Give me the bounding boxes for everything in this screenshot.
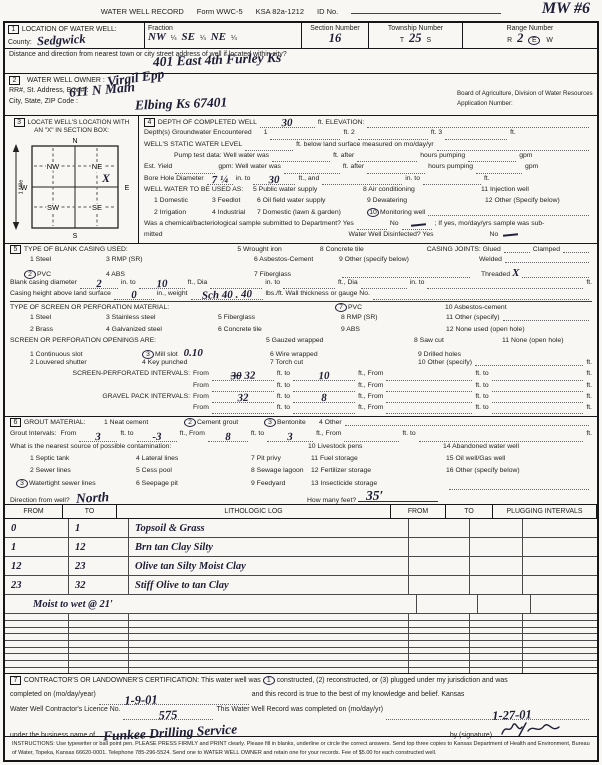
groundwater-1-blank (270, 133, 340, 140)
casing-row-1: 5TYPE OF BLANK CASING USED: 5 Wrought ir… (10, 245, 592, 256)
fraction-2-value: SE (181, 32, 194, 43)
sample-no-blank (402, 223, 432, 230)
screen-pvc-label: PVC (348, 304, 362, 311)
option-label: 1 Continuous slot (30, 351, 142, 358)
ft-to-label: ft. to (251, 430, 264, 437)
pvc-label: PVC (37, 271, 51, 278)
mill-slot-size-value: 0.10 (184, 347, 203, 359)
option-label: 11 Other (specify) (446, 314, 500, 321)
quadrant-se-label: SE (91, 203, 101, 212)
direction-cell: Direction from well? North (10, 491, 307, 505)
litho-description-value: Brn tan Clay Silty (135, 542, 213, 553)
option-label: 8 Concrete tile (320, 246, 427, 253)
casing-diameter-label: Blank casing diameter (10, 279, 77, 286)
compass-north-label: N (72, 138, 77, 145)
yield-gpm-blank (476, 167, 522, 174)
mile-label: 1 Mile (18, 180, 24, 195)
use-row-2: 1 Domestic 3 Feedlot 6 Oil field water s… (144, 197, 592, 208)
sample-yes-blank (357, 223, 387, 230)
in-to-label: in. to (405, 175, 420, 182)
interval-blank (293, 385, 355, 392)
casing-height-value: 0 (131, 290, 137, 301)
ft-to-label: ft. to (475, 370, 488, 377)
litho-description-value: Topsoil & Grass (135, 523, 205, 534)
option-label: 9 ABS (341, 326, 446, 333)
static-level-line: WELL'S STATIC WATER LEVEL ft. below land… (144, 141, 592, 152)
township-cell: Township Number T25S (369, 23, 463, 48)
openings-other-cell: 10 Other (specify)ft. (418, 359, 592, 367)
mile-arrow-down (12, 222, 18, 230)
pvc-circled-number: 2 (24, 270, 36, 279)
in-to-label: in. to (410, 279, 425, 286)
section-1-location: 1LOCATION OF WATER WELL: County:Sedgwick… (5, 23, 597, 49)
clamped-blank (563, 246, 589, 253)
section-3-title-2: AN "X" IN SECTION BOX: (5, 127, 138, 134)
groundwater-label: Depth(s) Groundwater Encountered (144, 129, 252, 136)
completed-date-blank: 1-9-01 (99, 698, 249, 705)
option-label: 9 Other (specify below) (339, 256, 479, 263)
ft-label: ft. (586, 430, 592, 437)
quadrant-ne-label: NE (91, 162, 101, 171)
ft-to-label: ft. to (402, 430, 415, 437)
interval-blank (492, 407, 584, 414)
clamped-label: Clamped (533, 246, 560, 253)
lithologic-row (5, 634, 597, 641)
township-value: 25 (409, 32, 422, 45)
lithologic-row (5, 614, 597, 621)
screen-interval-line-1: SCREEN-PERFORATED INTERVALS: From 30 32 … (10, 370, 592, 381)
ft-label: ft. (586, 279, 592, 286)
column-header: FROM (391, 505, 446, 518)
grout-to-2-blank: 3 (267, 435, 313, 442)
contamination-label: What is the nearest source of possible c… (10, 443, 308, 450)
litho-to-value: 32 (75, 580, 86, 591)
bore-diameter-value: 7 ¼ (211, 174, 228, 186)
screen-from-2-blank (386, 374, 472, 381)
litho-to-value: 1 (75, 523, 80, 534)
ft-label: ft. (586, 382, 592, 389)
form-number: Form WWC-5 (197, 7, 243, 16)
interval-blank (419, 435, 584, 442)
gpm-label: gpm (525, 163, 538, 170)
ft-label: ft. (586, 393, 592, 400)
yield-blank (175, 167, 215, 174)
disinfected-line: mitted Water Well Disinfected? Yes No (144, 231, 592, 242)
section-5-number: 5 (10, 245, 21, 254)
ft-to-label: ft. to (475, 393, 488, 400)
ft-from-label: ft., From (358, 393, 383, 400)
agency-name: Board of Agriculture, Division of Water … (457, 89, 593, 99)
gpm-label: gpm (519, 152, 532, 159)
option-label: 1 Domestic (154, 197, 212, 204)
from-label: From (60, 430, 76, 437)
welded-label: Welded (479, 256, 502, 263)
grout-other-blank (345, 419, 589, 426)
casing-joints-cell: CASING JOINTS: Glued Clamped (427, 246, 592, 254)
lithologic-row: 01Topsoil & Grass (5, 519, 597, 538)
option-label: 4 ABS (106, 271, 254, 278)
range-r: R (507, 37, 512, 44)
casing-height-label: Casing height above land surface (10, 290, 111, 297)
screen-intervals-label: SCREEN-PERFORATED INTERVALS: (10, 370, 193, 377)
option-label: 8 Air conditioning (363, 186, 481, 193)
hours-pumping-label: hours pumping (428, 163, 473, 170)
option-label: 10 Livestock pens (308, 443, 443, 450)
gravel-to-value: 8 (321, 393, 327, 404)
water-well-record-sheet: WATER WELL RECORD Form WWC-5 KSA 82a-121… (0, 0, 602, 765)
completed-on-label: completed on (mo/day/year) (10, 691, 96, 698)
ft-from-label: ft., From (316, 430, 341, 437)
township-s: S (427, 37, 432, 44)
option-label: 7 Torch cut (270, 359, 418, 366)
after-label: ft. after (343, 163, 364, 170)
section-number-cell: Section Number 16 (302, 23, 369, 48)
option-label: 8 RMP (SR) (341, 314, 446, 321)
screen-pvc-circled-number: 7 (335, 303, 347, 312)
quarter-mark: ¼ (231, 35, 237, 42)
feet-label: How many feet? (307, 497, 356, 504)
litho-from-value: 23 (11, 580, 22, 591)
litho-to-value: 23 (75, 561, 86, 572)
ft-label: ft. (484, 175, 490, 182)
instructions-block: INSTRUCTIONS: Use typewriter or ball poi… (5, 736, 597, 760)
screen-to-blank: 10 (293, 374, 355, 381)
bentonite-option: 3Bentonite (264, 418, 319, 427)
in-to-label: in. to (265, 279, 280, 286)
quadrant-nw-label: NW (46, 162, 59, 171)
lithologic-row (5, 621, 597, 628)
option-label: 9 Dewatering (367, 197, 485, 204)
groundwater-2: ft. 2 (343, 129, 354, 136)
weight-blank: Sch 40 . 40 (191, 293, 263, 300)
grout-other-cell: 4 Other (319, 419, 592, 427)
range-west: W (546, 37, 553, 44)
quarter-mark: ¼ (171, 35, 177, 42)
litho-to-value: 12 (75, 542, 86, 553)
option-label: 9 Feedyard (251, 480, 311, 487)
casing-depth-blank: 10 (139, 282, 185, 289)
interval-blank (386, 407, 472, 414)
certification-line-3: Water Well Contractor's Licence No. 575 … (10, 706, 592, 721)
openings-row-2: 1 Continuous slot 3Mill slot0.10 6 Wire … (10, 348, 592, 359)
elevation-label: ft. ELEVATION: (318, 119, 365, 126)
litho-from-value: 1 (11, 542, 16, 553)
threaded-cell: Threaded X (481, 268, 592, 279)
id-number-label: ID No. (317, 7, 338, 16)
option-label: 5 Gauzed wrapped (266, 337, 414, 344)
section-5-casing: 5TYPE OF BLANK CASING USED: 5 Wrought ir… (5, 244, 597, 417)
instructions-text: INSTRUCTIONS: Use typewriter or ball poi… (12, 741, 590, 756)
threaded-x-mark: X (512, 268, 519, 279)
static-level-tail: ft. below land surface measured on mo/da… (296, 141, 434, 148)
litho-description-value: Stiff Olive to tan Clay (135, 580, 229, 591)
option-label: 5 Fiberglass (218, 314, 341, 321)
screen-from-value: 30 32 (230, 370, 255, 382)
no-label: No (490, 231, 499, 238)
bore-diameter-blank: 7 ¼ (207, 178, 233, 185)
option-label: 4 Industrial (212, 209, 257, 216)
bore-depth-blank: 30 (253, 178, 295, 185)
watertight-option: 3Watertight sewer lines (16, 479, 136, 488)
direction-label: Direction from well? (10, 497, 70, 504)
gravel-to-blank: 8 (293, 396, 355, 403)
application-number-label: Application Number: (457, 99, 593, 109)
pump-level-blank (272, 155, 330, 162)
openings-title: SCREEN OR PERFORATION OPENINGS ARE: (10, 337, 266, 344)
option-label: 5 Wrought iron (237, 246, 320, 253)
monitoring-well-circled-number: 10 (367, 208, 379, 217)
openings-row-1: SCREEN OR PERFORATION OPENINGS ARE: 5 Ga… (10, 337, 592, 348)
ft-dia-label: ft., Dia (188, 279, 208, 286)
option-label: 7 Domestic (lawn & garden) (257, 209, 367, 216)
screen-material-row-1: TYPE OF SCREEN OR PERFORATION MATERIAL: … (10, 301, 592, 314)
option-label: 13 Insecticide storage (311, 480, 446, 487)
depth-value: 30 (282, 118, 293, 129)
use-row-1: WELL WATER TO BE USED AS: 5 Public water… (144, 186, 592, 197)
option-label: 3 Feedlot (212, 197, 257, 204)
depth-blank: 30 (260, 121, 315, 128)
record-completed-label: This Water Well Record was completed on … (216, 706, 383, 713)
direction-value: North (75, 490, 109, 505)
casing-row-2: 1 Steel 3 RMP (SR) 6 Asbestos-Cement 9 O… (10, 256, 592, 267)
grout-intervals-line: Grout Intervals: From 3 ft. to -3 ft., F… (10, 430, 592, 442)
section-4-depth: 4 DEPTH OF COMPLETED WELL 30 ft. ELEVATI… (139, 116, 597, 243)
fraction-3-value: NE (211, 32, 226, 43)
option-label: 2 Irrigation (154, 209, 212, 216)
depth-3-blank (427, 282, 583, 289)
screen-other-cell: 11 Other (specify) (446, 314, 592, 322)
screen-other-blank (503, 314, 589, 321)
lithologic-table: FROM TO LITHOLOGIC LOG FROM TO PLUGGING … (5, 505, 597, 674)
from-label: From (193, 393, 209, 400)
weight-label: in., weight (157, 290, 188, 297)
lithologic-row: Moist to wet @ 21′ (5, 595, 597, 614)
screen-material-row-2: 1 Steel 3 Stainless steel 5 Fiberglass 8… (10, 314, 592, 325)
disinfected-question: Water Well Disinfected? Yes (349, 231, 434, 238)
gravel-pack-label: GRAVEL PACK INTERVALS: (10, 393, 193, 400)
county-value: Sedgwick (36, 32, 85, 47)
grout-title-cell: 6GROUT MATERIAL: (10, 418, 104, 427)
section-number-value: 16 (329, 32, 342, 45)
monitoring-well-label: Monitoring well (380, 209, 425, 216)
casing-title: TYPE OF BLANK CASING USED: (24, 246, 128, 253)
option-label: 2 Sewer lines (30, 467, 136, 474)
ft-to-label: ft. to (277, 382, 290, 389)
lithologic-row: 1223Olive tan Silty Moist Clay (5, 557, 597, 576)
casing-joints-label: CASING JOINTS: Glued (427, 246, 501, 253)
certification-line-1: 7 CONTRACTOR'S OR LANDOWNER'S CERTIFICAT… (10, 676, 592, 691)
lithologic-table-header: FROM TO LITHOLOGIC LOG FROM TO PLUGGING … (5, 505, 597, 519)
ft-and-label: ft., and (298, 175, 319, 182)
dia-3-blank (361, 282, 407, 289)
casing-diameter-blank: 2 (80, 282, 118, 289)
ft-from-label: ft., From (358, 382, 383, 389)
grout-from-2-value: 8 (225, 431, 231, 442)
ft-label: ft. (586, 404, 592, 411)
lithologic-row (5, 654, 597, 661)
use-row-3: 2 Irrigation 4 Industrial 7 Domestic (la… (144, 208, 592, 219)
certification-line-4: under the business name of Funkee Drilli… (10, 721, 592, 736)
option-label: 6 Concrete tile (218, 326, 341, 333)
licence-blank: 575 (123, 713, 213, 720)
casing-diameter-value: 2 (96, 279, 102, 290)
screen-to-2-blank (492, 374, 584, 381)
range-cell: Range Number R2EW (463, 23, 597, 48)
casing-diameter-line: Blank casing diameter 2 in. to 10 ft., D… (10, 279, 592, 290)
glued-blank (504, 246, 530, 253)
option-label: 5 Public water supply (253, 186, 363, 193)
in-to-label: in. to (121, 279, 136, 286)
option-label: 1 Septic tank (30, 455, 136, 462)
welded-blank (505, 256, 589, 263)
range-east-circled: E (528, 36, 540, 45)
ft-to-label: ft. to (120, 430, 133, 437)
from-label: From (193, 404, 209, 411)
litho-from-value: 0 (11, 523, 16, 534)
groundwater-line: Depth(s) Groundwater Encountered 1 ft. 2… (144, 129, 592, 140)
section-1-title: LOCATION OF WATER WELL: (22, 26, 117, 33)
bore-diameter-2-blank (322, 178, 402, 185)
contamination-row-3: 2 Sewer lines 5 Cess pool 8 Sewage lagoo… (10, 467, 592, 479)
interval-blank (293, 407, 355, 414)
screen-material-title: TYPE OF SCREEN OR PERFORATION MATERIAL: (10, 304, 335, 311)
township-t: T (400, 37, 404, 44)
from-label: From (193, 382, 209, 389)
option-label: 5 Cess pool (136, 467, 251, 474)
section-1-number: 1 (8, 25, 19, 34)
lithologic-row: 2332Stiff Olive to tan Clay (5, 576, 597, 595)
option-label: 12 None used (open hole) (446, 326, 525, 333)
bore-label: Bore Hole Diameter (144, 175, 204, 182)
location-cell: 1LOCATION OF WATER WELL: County:Sedgwick (5, 23, 145, 48)
watertight-circled-number: 3 (16, 479, 28, 488)
column-header: TO (446, 505, 493, 518)
no-label: No (390, 220, 399, 227)
option-label: 10 Other (specify) (418, 359, 472, 366)
column-header: FROM (5, 505, 63, 518)
option-label: 12 Other (Specify below) (485, 197, 560, 204)
grout-to-blank: -3 (137, 435, 177, 442)
option-label: 3 Stainless steel (106, 314, 218, 321)
screen-pvc-option: 7PVC (335, 303, 445, 312)
option-label: 12 Fertilizer storage (311, 467, 446, 474)
lithologic-row (5, 641, 597, 648)
grout-title: GROUT MATERIAL: (24, 419, 86, 426)
grout-intervals-label: Grout Intervals: (10, 430, 56, 437)
weight-tail-label: lbs./ft. Wall thickness or gauge No. (266, 290, 370, 297)
contamination-row-1: What is the nearest source of possible c… (10, 443, 592, 455)
screen-interval-line-2: From ft. to ft., From ft. to ft. (10, 382, 592, 393)
groundwater-1: 1 (264, 129, 268, 136)
sample-question: Was a chemical/bacteriological sample su… (144, 220, 354, 227)
yield-mid-label: gpm: Well water was (218, 163, 281, 170)
section-3-locate: 3LOCATE WELL'S LOCATION WITH AN "X" IN S… (5, 116, 139, 243)
option-label: 14 Abandoned water well (443, 443, 519, 450)
threaded-blank (522, 271, 589, 278)
pump-test-label: Pump test data: Well water was (174, 152, 269, 159)
mile-arrow-up (12, 144, 18, 152)
option-label: 16 Other (specify below) (446, 467, 520, 474)
yield-hours-blank (367, 167, 425, 174)
section-7-certification: 7 CONTRACTOR'S OR LANDOWNER'S CERTIFICAT… (5, 674, 597, 736)
owner-city-value: Elbing Ks 67401 (135, 95, 228, 112)
record-date-blank: 1-27-01 (386, 713, 589, 720)
compass-east-label: E (124, 185, 129, 192)
other-casing-blank (342, 271, 470, 278)
completed-date-value: 1-9-01 (124, 693, 158, 707)
range-label: Range Number (466, 25, 594, 32)
ft-to-label: ft. to (277, 404, 290, 411)
depth-line: 4 DEPTH OF COMPLETED WELL 30 ft. ELEVATI… (144, 118, 592, 129)
well-location-x-mark: X (101, 171, 111, 185)
option-label: 3 RMP (SR) (106, 256, 254, 263)
mill-slot-circled-number: 3 (142, 350, 154, 359)
static-date-blank (437, 144, 589, 151)
option-label: 8 Saw cut (414, 337, 502, 344)
pvc-option: 2PVC (24, 270, 106, 279)
licence-label: Water Well Contractor's Licence No. (10, 706, 120, 713)
sample-line: Was a chemical/bacteriological sample su… (144, 220, 592, 231)
option-label: 2 Louvered shutter (30, 359, 142, 366)
casing-height-line: Casing height above land surface 0 in., … (10, 290, 592, 301)
pump-hours-blank (357, 155, 417, 162)
option-label: 4 Other (319, 419, 342, 426)
mill-slot-option: 3Mill slot0.10 (142, 348, 270, 359)
handwritten-well-id: MW #6 (542, 1, 590, 17)
option-label: 11 Injection well (481, 186, 529, 193)
option-label: 6 Seepage pit (136, 480, 251, 487)
interval-blank (386, 396, 472, 403)
cement-grout-circled-number: 2 (184, 418, 196, 427)
from-label: From (193, 370, 209, 377)
certification-text-b: constructed, (2) reconstructed, or (3) p… (277, 677, 508, 684)
form-statute: KSA 82a-1212 (256, 7, 304, 16)
lithologic-table-body: 01Topsoil & Grass112Brn tan Clay Silty12… (5, 519, 597, 673)
grout-from-2-blank: 8 (208, 435, 248, 442)
option-label: 11 Fuel storage (311, 455, 446, 462)
gravel-pack-line-1: GRAVEL PACK INTERVALS: From 32 ft. to 8 … (10, 393, 592, 404)
option-label: 4 Galvanized steel (106, 326, 218, 333)
static-level-label: WELL'S STATIC WATER LEVEL (144, 141, 242, 148)
yield-label: Est. Yield (144, 163, 172, 170)
watertight-label: Watertight sewer lines (29, 480, 96, 487)
signature-scribble (500, 721, 562, 737)
lithologic-row: 112Brn tan Clay Silty (5, 538, 597, 557)
interval-blank (492, 385, 584, 392)
hours-pumping-label: hours pumping (420, 152, 465, 159)
static-level-blank (245, 144, 293, 151)
compass-south-label: S (72, 233, 77, 240)
threaded-label: Threaded (481, 271, 510, 278)
option-label: 7 Fiberglass (254, 271, 339, 278)
feet-value: 35′ (366, 489, 383, 503)
screen-from-corrected: 32 (244, 369, 255, 381)
section-box-diagram: N NW NE SW SE X W E S (8, 134, 136, 240)
option-label: 7 Pit privy (251, 455, 311, 462)
ft-dia-label: ft., Dia (338, 279, 358, 286)
interval-blank (344, 435, 399, 442)
casing-height-blank: 0 (114, 293, 154, 300)
interval-blank (386, 385, 472, 392)
grout-to-value: -3 (152, 431, 162, 442)
bore-depth-2-blank (423, 178, 481, 185)
ft-from-label: ft., From (358, 370, 383, 377)
screen-from-crossed-out: 30 (230, 370, 241, 382)
groundwater-3-blank (445, 133, 507, 140)
quadrant-sw-label: SW (46, 203, 59, 212)
ft-to-label: ft. to (475, 382, 488, 389)
screen-material-row-3: 2 Brass 4 Galvanized steel 6 Concrete ti… (10, 326, 592, 337)
